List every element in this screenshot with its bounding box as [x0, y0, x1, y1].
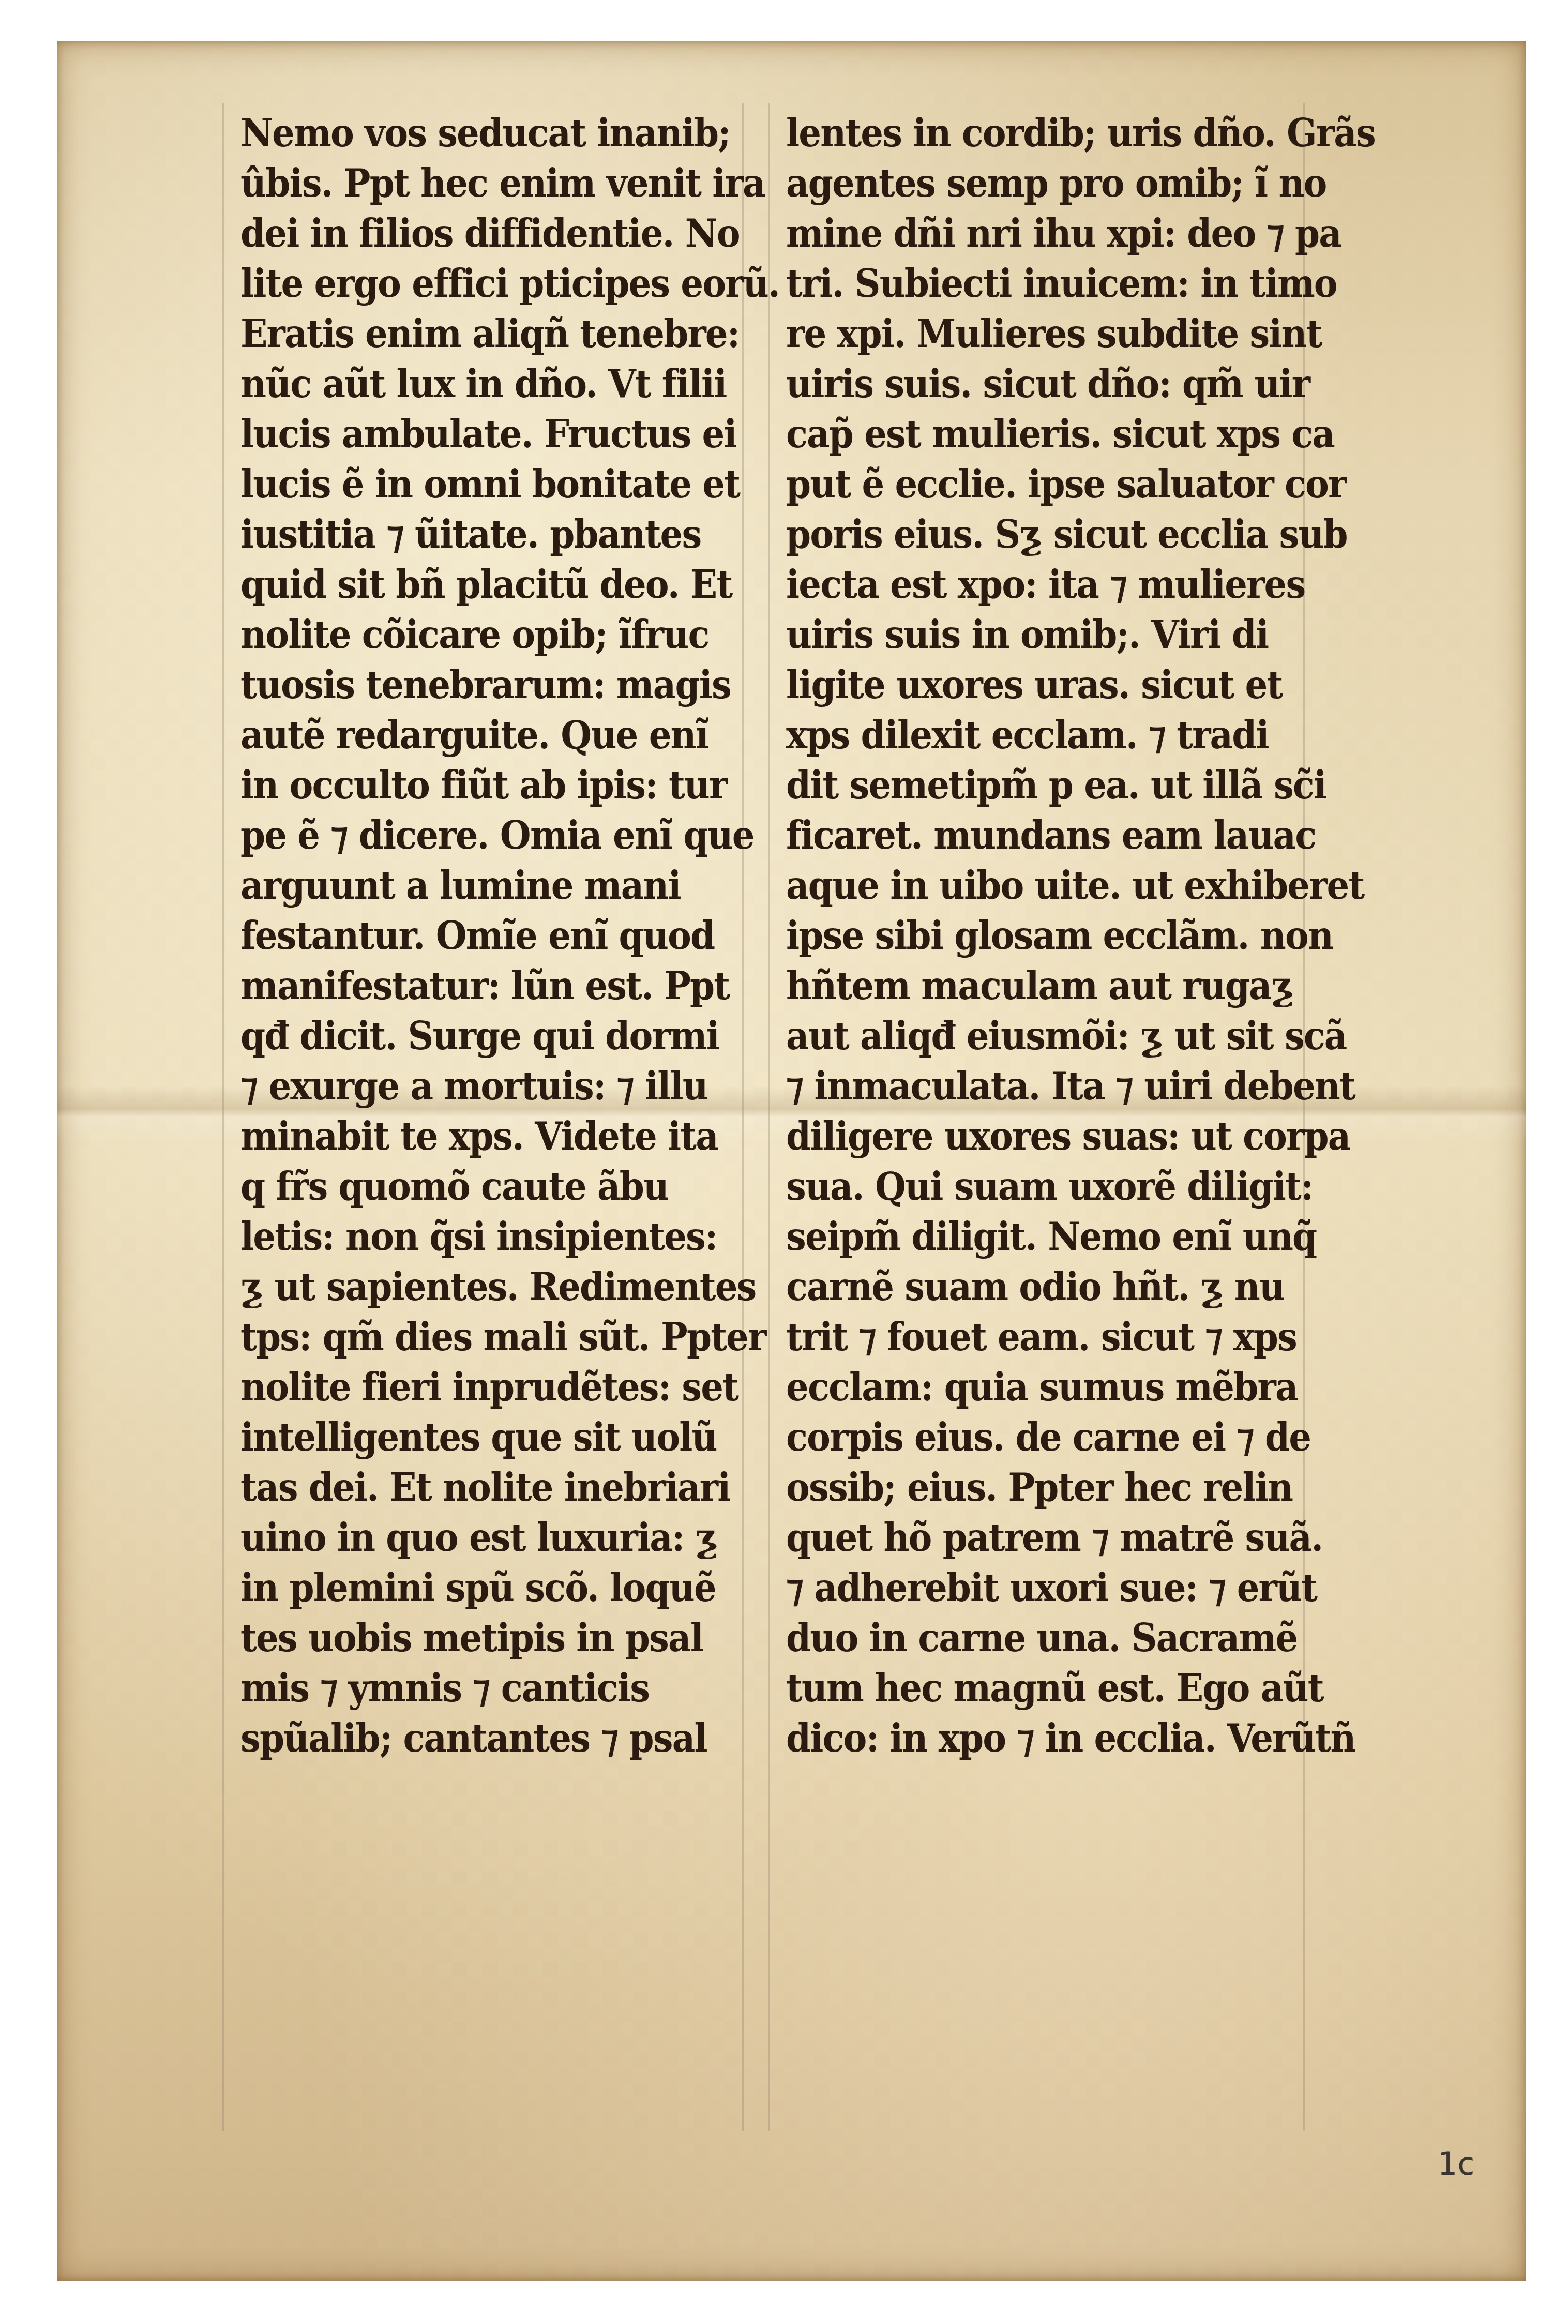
manuscript-line: nũc aũt lux in dño. Vt filii — [240, 359, 721, 410]
manuscript-line: poris eius. Sƺ sicut ecclia sub — [786, 510, 1267, 560]
manuscript-line: tas dei. Et nolite inebriari — [240, 1463, 721, 1513]
manuscript-line: trit ⁊ fouet eam. sicut ⁊ xps — [786, 1312, 1267, 1363]
manuscript-line: ecclam: quia sumus mẽbra — [786, 1363, 1267, 1413]
manuscript-line: lentes in cordib; uris dño. Grãs — [786, 109, 1267, 159]
manuscript-line: iecta est xpo: ita ⁊ mulieres — [786, 560, 1267, 610]
manuscript-line: tri. Subiecti inuicem: in timo — [786, 259, 1267, 309]
manuscript-line: q fr̃s quomõ caute ãbu — [240, 1162, 721, 1212]
manuscript-line: ligite uxores uras. sicut et — [786, 660, 1267, 711]
manuscript-line: pe ẽ ⁊ dicere. Omia enĩ que — [240, 811, 721, 861]
manuscript-line: aque in uibo uite. ut exhiberet — [786, 861, 1267, 911]
manuscript-line: arguunt a lumine mani — [240, 861, 721, 911]
text-column-left: Nemo vos seducat inanib;ûbis. Ppt hec en… — [240, 109, 758, 1764]
manuscript-line: hñtem maculam aut rugaƺ — [786, 961, 1267, 1012]
manuscript-line: quet hõ patrem ⁊ matrẽ suã. — [786, 1513, 1267, 1563]
manuscript-line: in plemini spũ scõ. loquẽ — [240, 1563, 721, 1613]
ruling-line — [222, 103, 224, 2131]
manuscript-line: ⁊ inmaculata. Ita ⁊ uiri debent — [786, 1062, 1267, 1112]
manuscript-line: ƺ ut sapientes. Redimentes — [240, 1262, 721, 1312]
manuscript-line: ⁊ adherebit uxori sue: ⁊ erũt — [786, 1563, 1267, 1613]
manuscript-line: autẽ redarguite. Que enĩ — [240, 711, 721, 761]
text-column-right: lentes in cordib; uris dño. Grãsagentes … — [786, 109, 1303, 1764]
manuscript-line: uino in quo est luxuria: ƺ — [240, 1513, 721, 1563]
manuscript-line: spũalib; cantantes ⁊ psal — [240, 1714, 721, 1764]
manuscript-line: quid sit bñ placitũ deo. Et — [240, 560, 721, 610]
manuscript-line: tes uobis metipis in psal — [240, 1613, 721, 1664]
manuscript-line: intelligentes que sit uolũ — [240, 1413, 721, 1463]
manuscript-line: tps: qm̃ dies mali sũt. Ppter — [240, 1312, 721, 1363]
manuscript-line: lucis ambulate. Fructus ei — [240, 410, 721, 460]
manuscript-line: qđ dicit. Surge qui dormi — [240, 1012, 721, 1062]
manuscript-line: re xpi. Mulieres subdite sint — [786, 309, 1267, 359]
manuscript-line: iustitia ⁊ ũitate. pbantes — [240, 510, 721, 560]
manuscript-line: sua. Qui suam uxorẽ diligit: — [786, 1162, 1267, 1212]
manuscript-line: nolite cõicare opib; ĩfruc — [240, 610, 721, 660]
manuscript-line: lite ergo effici pticipes eorũ. — [240, 259, 721, 309]
manuscript-line: put ẽ ecclie. ipse saluator cor — [786, 460, 1267, 510]
manuscript-line: xps dilexit ecclam. ⁊ tradi — [786, 711, 1267, 761]
manuscript-line: ipse sibi glosam ecclãm. non — [786, 911, 1267, 961]
manuscript-line: ⁊ exurge a mortuis: ⁊ illu — [240, 1062, 721, 1112]
manuscript-line: agentes semp pro omib; ĩ no — [786, 159, 1267, 209]
manuscript-line: in occulto fiũt ab ipis: tur — [240, 761, 721, 811]
manuscript-line: tuosis tenebrarum: magis — [240, 660, 721, 711]
manuscript-line: aut aliqđ eiusmõi: ƺ ut sit scã — [786, 1012, 1267, 1062]
manuscript-line: uiris suis in omib;. Viri di — [786, 610, 1267, 660]
manuscript-line: dico: in xpo ⁊ in ecclia. Verũtñ — [786, 1714, 1267, 1764]
manuscript-line: seipm̃ diligit. Nemo enĩ unq̃ — [786, 1212, 1267, 1262]
manuscript-line: letis: non q̃si insipientes: — [240, 1212, 721, 1262]
manuscript-line: diligere uxores suas: ut corpa — [786, 1112, 1267, 1162]
manuscript-line: lucis ẽ in omni bonitate et — [240, 460, 721, 510]
manuscript-line: corpis eius. de carne ei ⁊ de — [786, 1413, 1267, 1463]
manuscript-line: Nemo vos seducat inanib; — [240, 109, 721, 159]
manuscript-line: mine dñi nri ihu xpi: deo ⁊ pa — [786, 209, 1267, 259]
manuscript-line: festantur. Omĩe enĩ quod — [240, 911, 721, 961]
manuscript-line: manifestatur: lũn est. Ppt — [240, 961, 721, 1012]
manuscript-line: tum hec magnũ est. Ego aũt — [786, 1664, 1267, 1714]
ruling-line — [768, 103, 770, 2131]
manuscript-line: minabit te xps. Videte ita — [240, 1112, 721, 1162]
manuscript-line: ficaret. mundans eam lauac — [786, 811, 1267, 861]
manuscript-line: mis ⁊ ymnis ⁊ canticis — [240, 1664, 721, 1714]
manuscript-line: nolite fieri inprudẽtes: set — [240, 1363, 721, 1413]
manuscript-line: Eratis enim aliqñ tenebre: — [240, 309, 721, 359]
manuscript-line: ossib; eius. Ppter hec relin — [786, 1463, 1267, 1513]
manuscript-line: ûbis. Ppt hec enim venit ira — [240, 159, 721, 209]
manuscript-line: carnẽ suam odio hñt. ƺ nu — [786, 1262, 1267, 1312]
manuscript-line: uiris suis. sicut dño: qm̃ uir — [786, 359, 1267, 410]
manuscript-line: duo in carne una. Sacramẽ — [786, 1613, 1267, 1664]
folio-number: 1c — [1438, 2146, 1474, 2182]
manuscript-line: dei in filios diffidentie. No — [240, 209, 721, 259]
manuscript-line: dit semetipm̃ p ea. ut illã sc̃i — [786, 761, 1267, 811]
manuscript-line: cap̃ est mulieris. sicut xps ca — [786, 410, 1267, 460]
